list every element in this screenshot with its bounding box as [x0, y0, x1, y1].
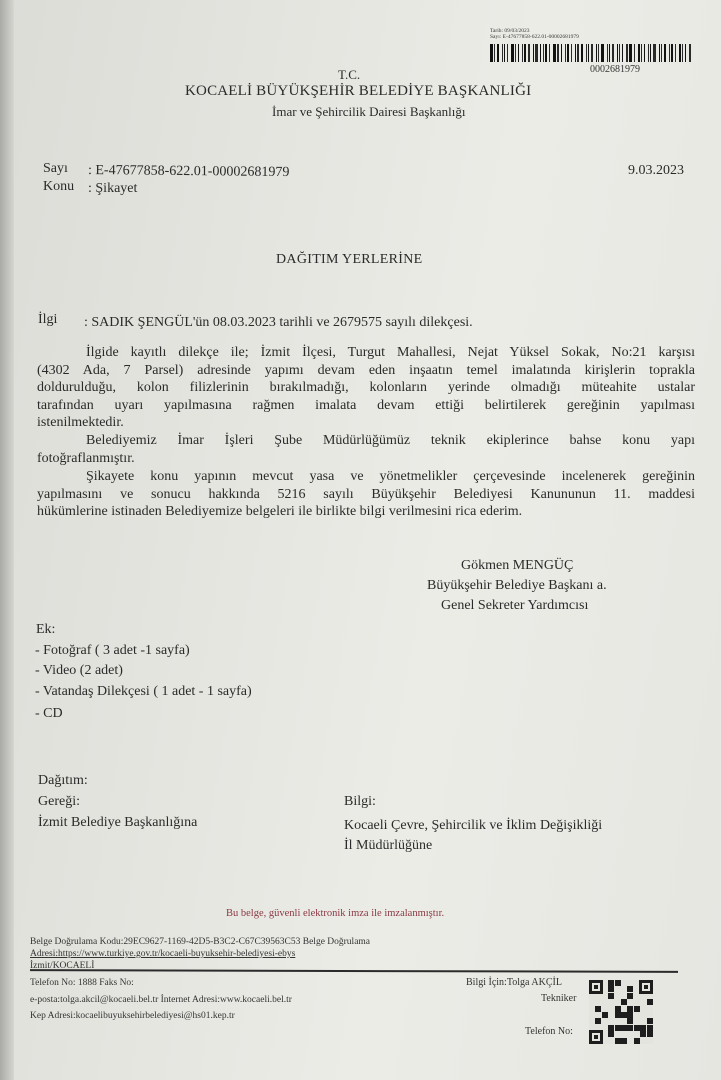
konu-value: : Şikayet — [88, 181, 137, 197]
bilgi-label: Bilgi: — [344, 794, 376, 810]
header-department: İmar ve Şehircilik Dairesi Başkanlığı — [272, 104, 466, 120]
stamp-sayi: Sayı: E-47677858-622.01-00002681979 — [490, 34, 579, 40]
document-page: Tarih: 09/03/2023 Sayı: E-47677858-622.0… — [0, 0, 721, 1080]
attachment-item: - CD — [35, 706, 63, 722]
bilgi-value-line-2: İl Müdürlüğüne — [344, 838, 432, 854]
attachment-item: - Vatandaş Dilekçesi ( 1 adet - 1 sayfa) — [35, 684, 252, 700]
body-paragraph-2: Belediyemiz İmar İşleri Şube Müdürlüğümü… — [37, 432, 695, 467]
contact-phone-label: Telefon No: — [525, 1026, 573, 1037]
qr-code-icon — [589, 980, 653, 1044]
body-paragraph-3: Şikayete konu yapının mevcut yasa ve yön… — [37, 468, 695, 521]
footer-kep-address[interactable]: Kep Adresi:kocaelibuyuksehirbelediyesi@h… — [30, 1011, 235, 1021]
barcode-number: 0002681979 — [590, 64, 640, 75]
gereği-value: İzmit Belediye Başkanlığına — [38, 815, 197, 831]
verification-address-link[interactable]: Adresi:https://www.turkiye.gov.tr/kocael… — [30, 949, 295, 959]
footer-phone-fax: Telefon No: 1888 Faks No: — [30, 978, 134, 988]
contact-person: Bilgi İçin:Tolga AKÇİL — [466, 977, 562, 988]
sayi-label: Sayı — [43, 161, 68, 177]
distribution-label: Dağıtım: — [38, 773, 88, 789]
ilgi-label: İlgi — [38, 312, 57, 328]
attachment-item: - Fotoğraf ( 3 adet -1 sayfa) — [35, 643, 190, 659]
footer-divider — [30, 969, 678, 973]
page-edge-shadow — [0, 0, 14, 1080]
document-date: 9.03.2023 — [628, 163, 684, 179]
footer-address: İzmit/KOCAELİ — [30, 961, 94, 971]
attachments-label: Ek: — [36, 622, 55, 638]
ilgi-value: : SADIK ŞENGÜL'ün 08.03.2023 tarihli ve … — [84, 315, 473, 331]
body-paragraph-1: İlgide kayıtlı dilekçe ile; İzmit İlçesi… — [37, 344, 695, 432]
contact-title: Tekniker — [541, 993, 576, 1004]
barcode — [490, 44, 692, 62]
header-institution: KOCAELİ BÜYÜKŞEHİR BELEDİYE BAŞKANLIĞI — [185, 83, 531, 100]
konu-label: Konu — [43, 179, 74, 195]
esign-note: Bu belge, güvenli elektronik imza ile im… — [226, 908, 444, 919]
signer-title-2: Genel Sekreter Yardımcısı — [441, 598, 588, 614]
header-tc: T.C. — [338, 67, 360, 83]
attachment-item: - Video (2 adet) — [35, 663, 123, 679]
gereği-label: Gereği: — [38, 794, 80, 810]
signer-title-1: Büyükşehir Belediye Başkanı a. — [427, 578, 607, 594]
bilgi-value-line-1: Kocaeli Çevre, Şehircilik ve İklim Değiş… — [344, 818, 602, 834]
recipient-heading: DAĞITIM YERLERİNE — [276, 252, 423, 268]
sayi-value: : E-47677858-622.01-00002681979 — [88, 163, 290, 181]
footer-email-web[interactable]: e-posta:tolga.akcil@kocaeli.bel.tr İnter… — [30, 995, 292, 1005]
verification-code: Belge Doğrulama Kodu:29EC9627-1169-42D5-… — [30, 937, 370, 947]
signer-name: Gökmen MENGÜÇ — [461, 558, 573, 574]
